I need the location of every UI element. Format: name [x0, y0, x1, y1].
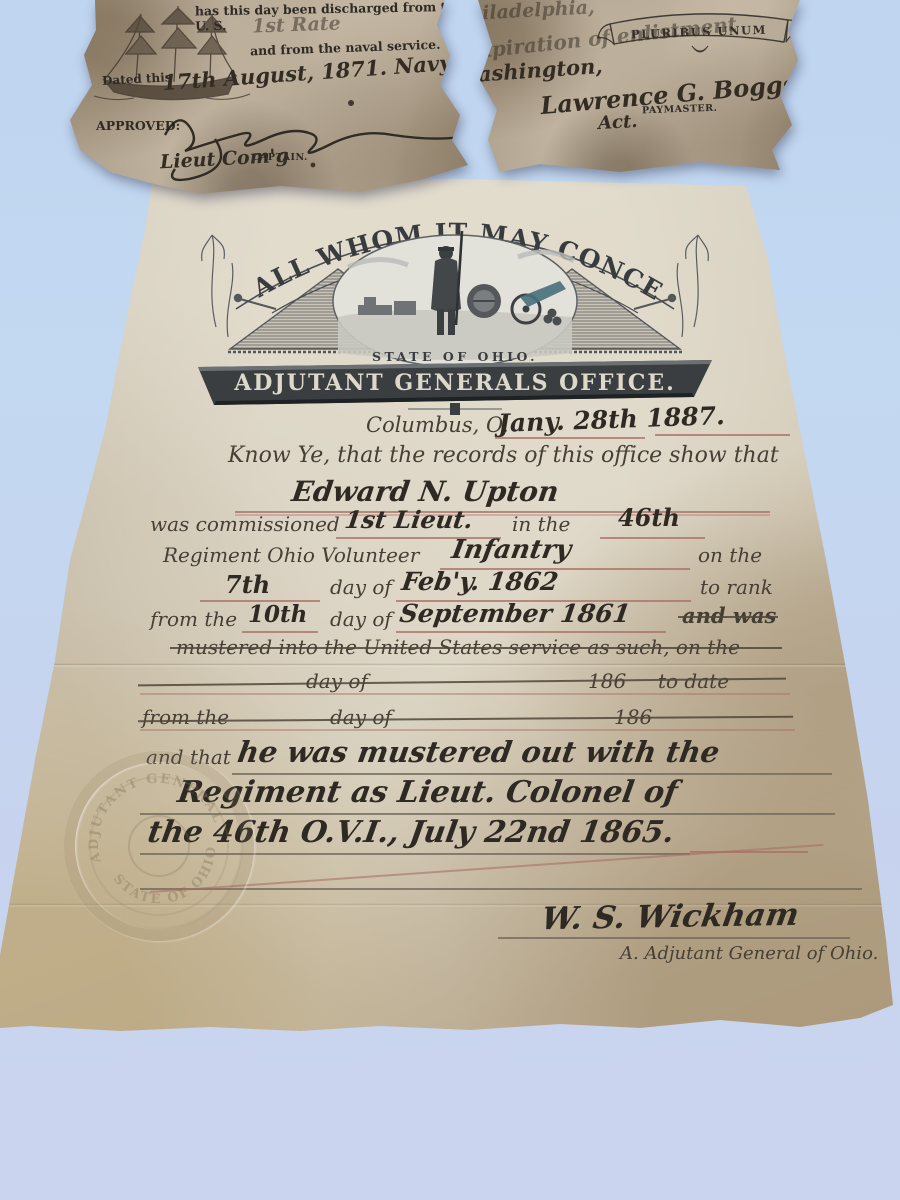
line7-hand1: 10th [248, 601, 307, 628]
rate-hand: 1st Rate [252, 12, 341, 37]
line11-hand: he was mustered out with the [235, 735, 722, 769]
strike-line [170, 647, 782, 649]
state-of-ohio-label: STATE OF OHIO. [372, 349, 538, 364]
engraved-header: TO ALL WHOM IT MAY CONCERN [188, 197, 722, 415]
shield [467, 284, 501, 318]
place-hand: Washington, [455, 53, 603, 88]
fold-crease [0, 663, 900, 667]
captain-label: Captain. [252, 152, 308, 163]
strike-line [138, 716, 793, 723]
line9-todate: to date [658, 669, 729, 693]
line6-hand1: 7th [225, 570, 270, 599]
right-flourish [677, 235, 708, 337]
ruled-line [498, 937, 850, 939]
ruled-line [140, 693, 790, 695]
line9-dayof: day of [306, 669, 368, 693]
office-banner: ADJUTANT GENERALS OFFICE. [198, 360, 712, 405]
line12-hand: Regiment as Lieut. Colonel of [175, 775, 680, 810]
discharge-left-piece: has this day been discharged from the U.… [60, 0, 480, 200]
line4-printed2: in the [512, 512, 570, 536]
signature-title: A. Adjutant General of Ohio. [620, 943, 878, 964]
ruled-line [495, 437, 645, 439]
line6-hand2: Feb'y. 1862 [400, 567, 560, 596]
paymaster-label: Paymaster. [642, 103, 718, 117]
ruled-line [655, 434, 790, 436]
strike-line [678, 616, 778, 618]
ruled-line [242, 631, 318, 633]
line4-hand2: 46th [618, 503, 680, 532]
line7-printed2: day of [330, 607, 392, 631]
line4-printed1: was commissioned [150, 512, 340, 536]
line10-fromthe: from the [142, 705, 229, 729]
ruled-line [140, 729, 795, 731]
line7-hand2: September 1861 [398, 599, 632, 628]
line5-printed2: on the [698, 543, 762, 567]
line10-dayof: day of [330, 705, 392, 729]
approver-signature-scrawl [155, 95, 465, 185]
line4-hand1: 1st Lieut. [343, 505, 475, 534]
line7-printed1: from the [150, 607, 237, 631]
dateline-place: Columbus, O. [366, 413, 509, 437]
know-ye-line: Know Ye, that the records of this office… [228, 443, 779, 468]
line6-printed2: to rank [700, 575, 773, 599]
line5-printed1: Regiment Ohio Volunteer [163, 543, 419, 567]
certificate-page: TO ALL WHOM IT MAY CONCERN [0, 175, 900, 1035]
adjutant-signature: W. S. Wickham [539, 897, 802, 937]
left-flourish [202, 235, 233, 337]
line6-printed1: day of [330, 575, 392, 599]
discharge-right-piece: Philadelphia, PLURIBUS UNUM Expiration o… [460, 0, 810, 185]
soldier-name: Edward N. Upton [290, 475, 561, 508]
photo-of-documents: TO ALL WHOM IT MAY CONCERN [0, 0, 900, 1200]
ruled-line [396, 631, 666, 633]
ship-name-hand: Philadelphia, [454, 0, 596, 26]
line5-hand1: Infantry [449, 535, 573, 565]
office-banner-text: ADJUTANT GENERALS OFFICE. [233, 370, 676, 396]
acting-hand: Act. [597, 111, 638, 134]
ruled-line [600, 537, 705, 539]
